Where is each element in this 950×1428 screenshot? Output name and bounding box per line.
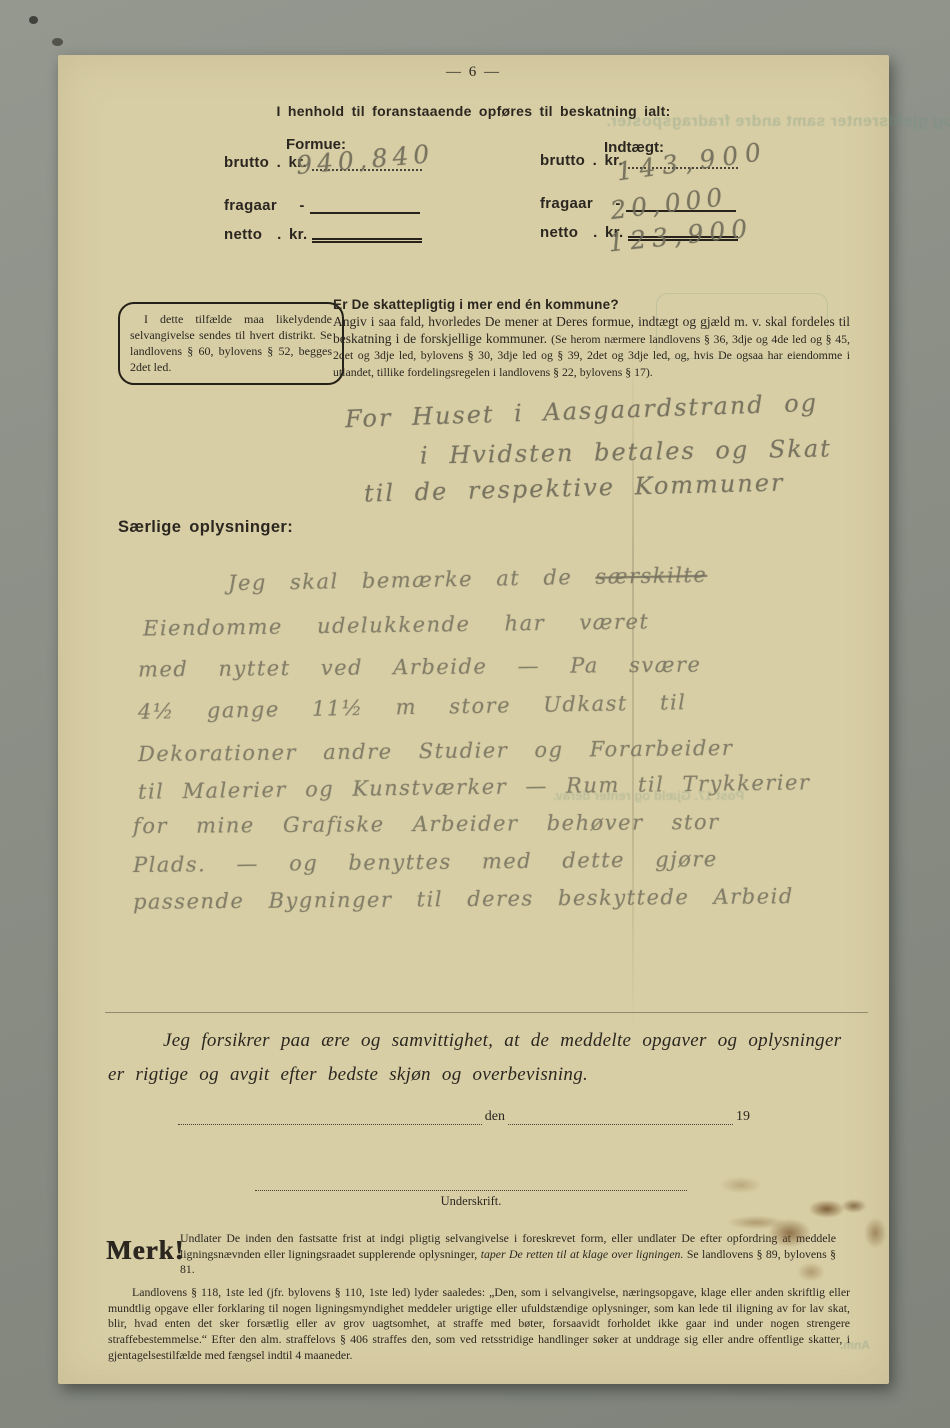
handwriting-line: passende Bygninger til deres beskyttede … — [133, 884, 794, 914]
handwriting-line: i Hvidsten betales og Skat — [420, 434, 832, 469]
special-heading: Særlige oplysninger: — [118, 518, 293, 537]
handwriting-line: Dekorationer andre Studier og Forarbeide… — [138, 736, 734, 766]
amount-line — [310, 212, 420, 214]
merk-label: Merk! — [106, 1235, 184, 1266]
intro-heading: I henhold til foranstaaende opføres til … — [58, 103, 889, 119]
handwriting-line: med nyttet ved Arbeide — Pa svære — [138, 653, 702, 682]
page-number: — 6 — — [58, 64, 889, 81]
multi-commune-section: Er De skattepligtig i mer end én kommune… — [333, 297, 850, 381]
signature-line — [255, 1177, 687, 1191]
handwriting-line: Jeg skal bemærke at de særskilte — [228, 563, 708, 595]
row-label: fragaar - — [224, 197, 305, 214]
district-note-text: I dette tilfælde maa likelydende selvang… — [130, 312, 332, 374]
multi-commune-body: Angiv i saa fald, hvorledes De mener at … — [333, 314, 850, 381]
district-note-box: I dette tilfælde maa likelydende selvang… — [118, 302, 344, 385]
formue-row-fragaar: fragaar - — [224, 197, 420, 214]
horizontal-rule — [105, 1012, 868, 1013]
handwriting-text: Jeg skal bemærke at de — [228, 565, 596, 595]
place-fill-line — [178, 1109, 482, 1125]
dust-speck — [52, 38, 63, 46]
handwriting-line: Plads. — og benyttes med dette gjøre — [133, 847, 718, 877]
multi-commune-heading: Er De skattepligtig i mer end én kommune… — [333, 297, 850, 312]
handwriting-line: Eiendomme udelukkende har været — [143, 609, 650, 640]
date-fill-line — [508, 1109, 733, 1125]
date-line: den 19 — [178, 1109, 750, 1125]
declaration-line-2: er rigtige og avgit efter bedste skjøn o… — [108, 1064, 588, 1086]
legal-footer: Landlovens § 118, 1ste led (jfr. byloven… — [108, 1285, 850, 1363]
signature-label: Underskrift. — [255, 1194, 687, 1209]
formue-row-netto: netto . kr. — [224, 226, 422, 243]
dust-speck — [29, 16, 38, 24]
merk-text-italic: taper De retten til at klage over lignin… — [481, 1247, 684, 1261]
paper-sheet: C. Gjæld og gjeldsrenter samt andre frad… — [58, 55, 889, 1384]
handwriting-line: til de respektive Kommuner — [364, 469, 785, 508]
handwriting-struck-word: særskilte — [595, 563, 707, 589]
handwriting-line: 4½ gange 11½ m store Udkast til — [138, 690, 687, 724]
row-label: brutto . kr. — [540, 152, 623, 169]
rust-stain — [698, 1140, 893, 1290]
handwriting-line: for mine Grafiske Arbeider behøver stor — [133, 810, 720, 838]
amount-line — [312, 238, 422, 243]
handwriting-line: For Huset i Aasgaardstrand og — [345, 389, 819, 433]
scan-background: C. Gjæld og gjeldsrenter samt andre frad… — [0, 0, 950, 1428]
date-den-label: den — [482, 1109, 508, 1125]
declaration-line-1: Jeg forsikrer paa ære og samvittighet, a… — [163, 1030, 841, 1052]
date-year-prefix: 19 — [733, 1109, 750, 1125]
row-label: netto . kr. — [224, 226, 307, 243]
